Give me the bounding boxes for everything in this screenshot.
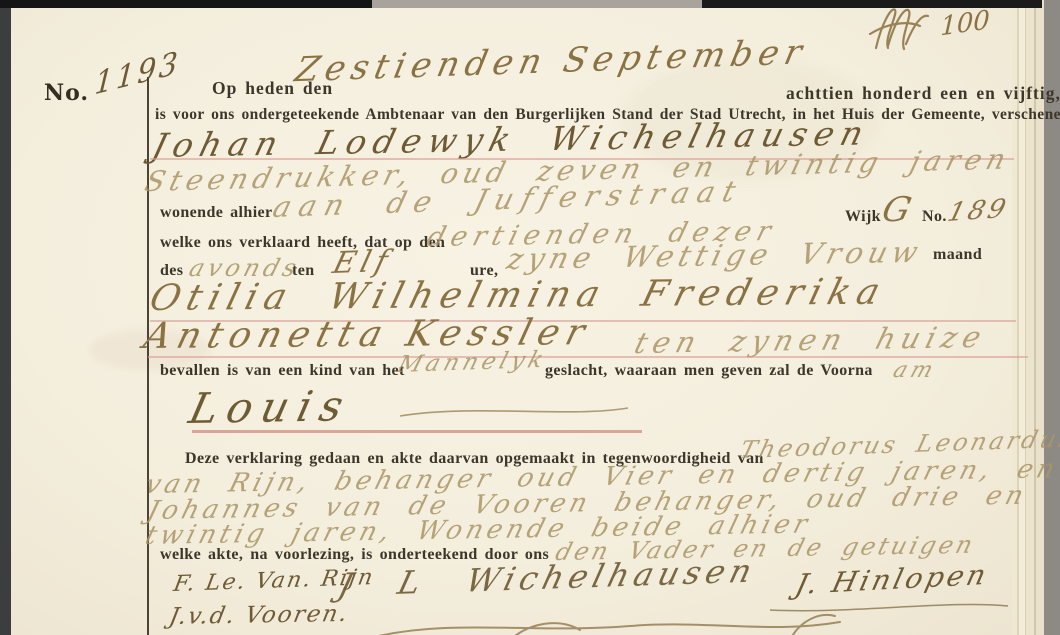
scan-border-top-middle — [372, 0, 702, 8]
hw-mother-intro: zyne Wettige Vrouw — [503, 235, 926, 276]
ink-flourish — [400, 404, 630, 424]
hw-date-month: Zestienden September — [291, 32, 811, 90]
act-number-label: No. — [44, 80, 89, 106]
hw-house-number: 189 — [944, 194, 1011, 228]
hw-voornaam-suffix: am — [890, 358, 940, 383]
hw-child-name: Louis — [185, 381, 357, 433]
printed-wijk: Wijk — [845, 208, 881, 226]
scan-border-left — [0, 0, 11, 635]
act-number-value: 1193 — [93, 45, 181, 103]
signature-registrar: J. Hinlopen — [792, 558, 992, 601]
scanned-birth-record: 100 No. 1193 Op heden den Zestienden Sep… — [0, 0, 1060, 635]
printed-year: achttien honderd een en vijftig, — [786, 83, 1060, 104]
hw-at-home: ten zynen huize — [631, 320, 991, 360]
ink-scribble — [862, 4, 942, 54]
ruled-line — [192, 430, 642, 433]
printed-maand: maand — [933, 246, 982, 264]
hw-wijk-letter: G — [878, 190, 915, 230]
ink-flourish-cutoff — [330, 600, 850, 635]
signature-witness-2: J.v.d. Vooren. — [167, 601, 351, 630]
hw-gender: Mannelyk — [394, 347, 550, 378]
folio-number: 100 — [940, 5, 990, 42]
scan-border-top-left — [0, 0, 372, 8]
printed-geslacht: geslacht, waaraan men geven zal de Voorn… — [545, 362, 873, 380]
printed-bevallen: bevallen is van een kind van het — [160, 362, 405, 380]
printed-welke-ons: welke ons verklaard heeft, dat op den — [160, 234, 445, 252]
ruled-line — [148, 356, 1028, 358]
printed-no-abbrev: No. — [922, 208, 947, 226]
printed-wonende-alhier: wonende alhier — [160, 204, 273, 222]
